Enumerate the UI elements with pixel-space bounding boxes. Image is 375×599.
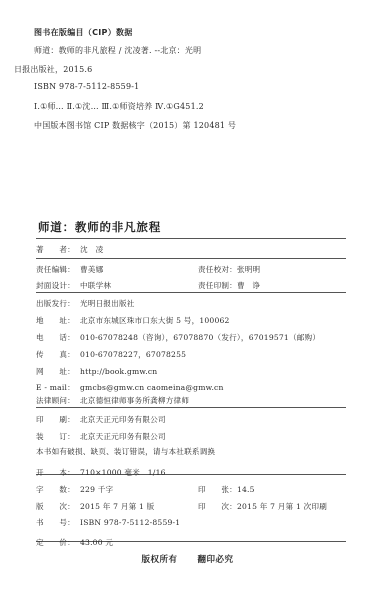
cover-design-value: 中联学林 — [80, 281, 111, 290]
word-count-label: 字 数： — [36, 484, 80, 495]
author-value: 沈 凌 — [80, 245, 103, 254]
cip-line-publisher: 日报出版社，2015.6 — [14, 64, 92, 75]
address-label: 地 址： — [36, 315, 80, 326]
website-label: 网 址： — [36, 366, 80, 377]
divider — [36, 258, 346, 259]
divider — [36, 238, 346, 239]
proofreader-label: 责任校对： — [198, 265, 237, 274]
sheets-row: 印 张：14.5 — [198, 484, 255, 495]
book-title: 师道：教师的非凡旅程 — [38, 219, 161, 235]
isbn-row: 书 号：ISBN 978-7-5112-8559-1 — [36, 517, 180, 528]
copyright-no-copy: 翻印必究 — [198, 555, 234, 565]
edition-row: 版 次：2015 年 7 月第 1 版 — [36, 501, 154, 512]
phone-row: 电 话：010-67078248（咨询），67078870（发行），670195… — [36, 332, 320, 343]
legal-label: 法律顾问： — [36, 395, 80, 406]
printer-value: 北京天正元印务有限公司 — [80, 415, 166, 424]
legal-value: 北京德恒律师事务所龚柳方律师 — [80, 396, 189, 405]
cip-heading: 图书在版编目（CIP）数据 — [34, 27, 133, 38]
price-label: 定 价： — [36, 537, 80, 548]
email-label: E - mail： — [36, 382, 80, 393]
defect-notice: 本书如有破损、缺页、装订错误，请与本社联系调换 — [36, 446, 215, 457]
publisher-value: 光明日报出版社 — [80, 299, 135, 308]
impression-value: 2015 年 7 月第 1 次印刷 — [237, 502, 327, 511]
legal-row: 法律顾问：北京德恒律师事务所龚柳方律师 — [36, 395, 189, 406]
fax-row: 传 真：010-67078227，67078255 — [36, 349, 186, 360]
cip-line-isbn: ISBN 978-7-5112-8559-1 — [34, 82, 139, 91]
word-count-value: 229 千字 — [80, 485, 113, 494]
email-value[interactable]: gmcbs@gmw.cn caomeina@gmw.cn — [80, 383, 224, 392]
impression-row: 印 次：2015 年 7 月第 1 次印刷 — [198, 501, 327, 512]
divider — [36, 292, 346, 293]
proofreader-value: 张明明 — [237, 265, 260, 274]
editor-label: 责任编辑： — [36, 264, 80, 275]
print-manager-value: 曹 诤 — [237, 281, 260, 290]
divider — [36, 407, 346, 408]
copyright-rights: 版权所有 — [141, 555, 177, 565]
price-value: 43.00 元 — [80, 538, 113, 547]
sheets-value: 14.5 — [237, 485, 255, 494]
cover-design-row: 封面设计：中联学林 — [36, 280, 111, 291]
phone-label: 电 话： — [36, 332, 80, 343]
address-value: 北京市东城区珠市口东大街 5 号，100062 — [80, 316, 230, 325]
editor-row: 责任编辑：曹美娜 — [36, 264, 103, 275]
publisher-row: 出版发行：光明日报出版社 — [36, 298, 135, 309]
print-manager-row: 责任印制：曹 诤 — [198, 280, 260, 291]
copyright-notice: 版权所有翻印必究 — [0, 553, 375, 565]
cip-line-record-number: 中国版本图书馆 CIP 数据核字（2015）第 120481 号 — [34, 120, 236, 131]
email-row: E - mail：gmcbs@gmw.cn caomeina@gmw.cn — [36, 382, 224, 393]
print-manager-label: 责任印制： — [198, 281, 237, 290]
edition-value: 2015 年 7 月第 1 版 — [80, 502, 154, 511]
word-count-row: 字 数：229 千字 — [36, 484, 113, 495]
cip-line-classification: Ⅰ.①师… Ⅱ.①沈… Ⅲ.①师资培养 Ⅳ.①G451.2 — [34, 101, 204, 112]
phone-value: 010-67078248（咨询），67078870（发行），67019571（邮… — [80, 333, 320, 342]
edition-label: 版 次： — [36, 501, 80, 512]
printer-row: 印 刷：北京天正元印务有限公司 — [36, 414, 166, 425]
binder-label: 装 订： — [36, 431, 80, 442]
binder-row: 装 订：北京天正元印务有限公司 — [36, 431, 166, 442]
binder-value: 北京天正元印务有限公司 — [80, 432, 166, 441]
fax-value: 010-67078227，67078255 — [80, 350, 186, 359]
publisher-label: 出版发行： — [36, 298, 80, 309]
isbn-label: 书 号： — [36, 517, 80, 528]
price-row: 定 价：43.00 元 — [36, 537, 113, 548]
fax-label: 传 真： — [36, 349, 80, 360]
printer-label: 印 刷： — [36, 414, 80, 425]
website-link[interactable]: http://book.gmw.cn — [80, 367, 157, 376]
address-row: 地 址：北京市东城区珠市口东大街 5 号，100062 — [36, 315, 230, 326]
impression-label: 印 次： — [198, 502, 237, 511]
author-row: 著 者：沈 凌 — [36, 244, 103, 255]
format-value: 710×1000 毫米 1/16 — [80, 468, 166, 477]
website-row: 网 址：http://book.gmw.cn — [36, 366, 157, 377]
isbn-value: ISBN 978-7-5112-8559-1 — [80, 518, 180, 527]
author-label: 著 者： — [36, 244, 80, 255]
format-label: 开 本： — [36, 467, 80, 478]
cover-design-label: 封面设计： — [36, 280, 80, 291]
proofreader-row: 责任校对：张明明 — [198, 264, 260, 275]
sheets-label: 印 张： — [198, 485, 237, 494]
editor-value: 曹美娜 — [80, 265, 103, 274]
format-row: 开 本：710×1000 毫米 1/16 — [36, 467, 166, 478]
cip-line-title: 师道：教师的非凡旅程 / 沈凌著. --北京：光明 — [34, 45, 201, 56]
